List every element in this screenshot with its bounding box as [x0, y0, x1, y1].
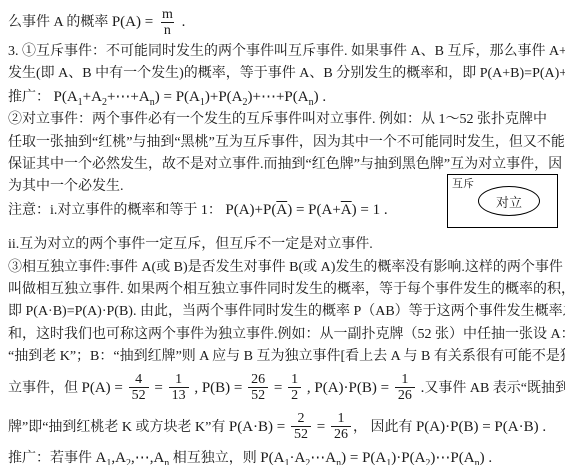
text: 注意：i.对立事件的概率和等于 1： [8, 203, 225, 218]
formula-piece: P(A·B) = [229, 419, 289, 435]
text: 么事件 A 的概率 [8, 15, 112, 30]
fraction-numerator: 1 [172, 372, 185, 387]
formula-piece: ⋯A [310, 450, 336, 465]
text: 相互独立，则 [169, 451, 260, 465]
fraction: 2652 [248, 372, 268, 404]
text-line-independent-2: 叫做相互独立事件. 如果两个相互独立事件同时发生的概率，等于每个事件发生的概率的… [8, 279, 565, 301]
fraction-numerator: 26 [248, 372, 268, 387]
formula-piece: ) = 1 . [352, 202, 388, 218]
formula: P(A1+A2+⋯+An) = P(A1)+P(A2)+⋯+P(An) . [54, 89, 327, 105]
formula-piece: P(A) = [112, 14, 157, 30]
text-line-independent-4: 和，这时我们也可称这两个事件为独立事件.例如：从一副扑克牌（52 张）中任抽一张… [8, 324, 565, 346]
text-line-note-ii: ii.互为对立的两个事件一定互斥，但互斥不一定是对立事件. [8, 234, 565, 256]
formula: P(A1·A2⋯An) = P(A1)·P(A2)⋯P(An) . [260, 450, 492, 465]
fraction: 126 [395, 372, 415, 404]
fraction-denominator: 52 [129, 387, 149, 404]
formula-piece: = [270, 380, 286, 396]
text-line-independent-5: “抽到老 K”；B：“抽到红牌”则 A 应与 B 互为独立事件[看上去 A 与 … [8, 346, 565, 368]
text: 推广：若事件 [8, 451, 96, 465]
formula-line-joint-probability: 牌”即“抽到红桃老 K 或方块老 K”有 P(A·B) = 252 = 126，… [8, 408, 565, 447]
formula: P(A)+P(A) = P(A+A) = 1 . [225, 202, 387, 218]
fraction-denominator: 2 [288, 387, 301, 404]
formula-line-sum-generalization: 推广： P(A1+A2+⋯+An) = P(A1)+P(A2)+⋯+P(An) … [8, 86, 565, 109]
fraction-numerator: 1 [288, 372, 301, 387]
formula-piece: ,⋯,A [131, 450, 164, 465]
fraction-numerator: 4 [132, 372, 145, 387]
fraction-m-n: mn [159, 7, 176, 39]
fraction-denominator: 52 [248, 387, 268, 404]
fraction-numerator: 1 [334, 411, 347, 426]
formula-piece: +⋯+A [107, 89, 150, 105]
fraction: 452 [129, 372, 149, 404]
mutually-exclusive-diagram-box: 互斥 对立 [447, 174, 558, 228]
fraction-denominator: 52 [291, 426, 311, 443]
formula-piece: = [313, 419, 329, 435]
fraction-denominator: 26 [395, 387, 415, 404]
diagram-box-label: 互斥 [452, 175, 474, 191]
formula-piece: )⋯P(A [430, 450, 474, 465]
text-line-complementary-2: 任取一张抽到“红桃”与抽到“黑桃”互为互斥事件，因为其中一个不可能同时发生，但又… [8, 132, 565, 154]
formula-piece: A [96, 450, 107, 465]
fraction: 113 [169, 372, 189, 404]
fraction-numerator: 2 [295, 411, 308, 426]
formula-piece: ) = P(A+ [287, 202, 341, 218]
overline-a: A [341, 202, 352, 218]
formula-piece: ) . [314, 89, 327, 105]
fraction: 12 [288, 372, 301, 404]
fraction: 126 [331, 411, 351, 443]
text: 推广： [8, 90, 54, 105]
formula-piece: )+⋯+P(A [247, 89, 308, 105]
text-line-independent-3: 即 P(A·B)=P(A)·P(B). 由此，当两个事件同时发生的概率 P（AB… [8, 301, 565, 323]
text-line-mutually-exclusive-2: 发生(即 A、B 中有一个发生)的概率，等于事件 A、B 分别发生的概率和，即 … [8, 63, 565, 85]
formula-piece: P(A [260, 450, 284, 465]
fraction-denominator: n [161, 22, 174, 39]
formula-piece: ,A [111, 450, 126, 465]
text: 又事件 AB 表示“既抽到老 K 对抽到红 [424, 381, 565, 396]
formula-piece: )+P(A [205, 89, 243, 105]
formula-piece: P(A)·P(B) = P(A·B) . [416, 419, 546, 435]
formula-line-product-generalization: 推广：若事件 A1,A2,⋯,An 相互独立，则 P(A1·A2⋯An) = P… [8, 447, 565, 465]
formula-piece: P(A)+P( [225, 202, 276, 218]
document-page: 么事件 A 的概率 P(A) = mn . 3. ①互斥事件：不可能同时发生的两… [0, 0, 565, 465]
diagram-ellipse: 对立 [478, 186, 540, 216]
fraction: 252 [291, 411, 311, 443]
formula-piece: , P(A)·P(B) = [303, 380, 393, 396]
formula-piece: ) = P(A [341, 450, 386, 465]
text-line-independent-1: ③相互独立事件:事件 A(或 B)是否发生对事件 B(或 A)发生的概率没有影响… [8, 257, 565, 279]
formula-piece: +A [83, 89, 102, 105]
formula-piece: )·P(A [391, 450, 425, 465]
formula-piece: ·A [289, 450, 305, 465]
diagram-ellipse-label: 对立 [496, 192, 522, 211]
text: ， 因此有 [353, 420, 416, 435]
formula-piece: P(A [54, 89, 78, 105]
formula-piece: ) . [480, 450, 493, 465]
formula-piece: = [151, 380, 167, 396]
text-line-mutually-exclusive-1: 3. ①互斥事件：不可能同时发生的两个事件叫互斥事件. 如果事件 A、B 互斥，… [8, 41, 565, 63]
fraction-denominator: 26 [331, 426, 351, 443]
fraction-numerator: m [159, 7, 176, 22]
formula-piece: . [178, 14, 186, 30]
fraction-denominator: 13 [169, 387, 189, 404]
overline-a: A [276, 202, 287, 218]
fraction-numerator: 1 [398, 372, 411, 387]
text-line-probability-definition: 么事件 A 的概率 P(A) = mn . [8, 4, 565, 41]
text-line-complementary-1: ②对立事件：两个事件必有一个发生的互斥事件叫对立事件. 例如：从 1～52 张扑… [8, 109, 565, 131]
text: 立事件，但 [8, 381, 82, 396]
formula: A1,A2,⋯,An [96, 450, 170, 465]
formula-piece: ) = P(A [155, 89, 200, 105]
formula-piece: , P(B) = [191, 380, 247, 396]
text: 牌”即“抽到红桃老 K 或方块老 K”有 [8, 420, 229, 435]
formula-piece: P(A) = [82, 380, 127, 396]
formula-line-card-probabilities: 立事件，但 P(A) = 452 = 113 , P(B) = 2652 = 1… [8, 369, 565, 408]
